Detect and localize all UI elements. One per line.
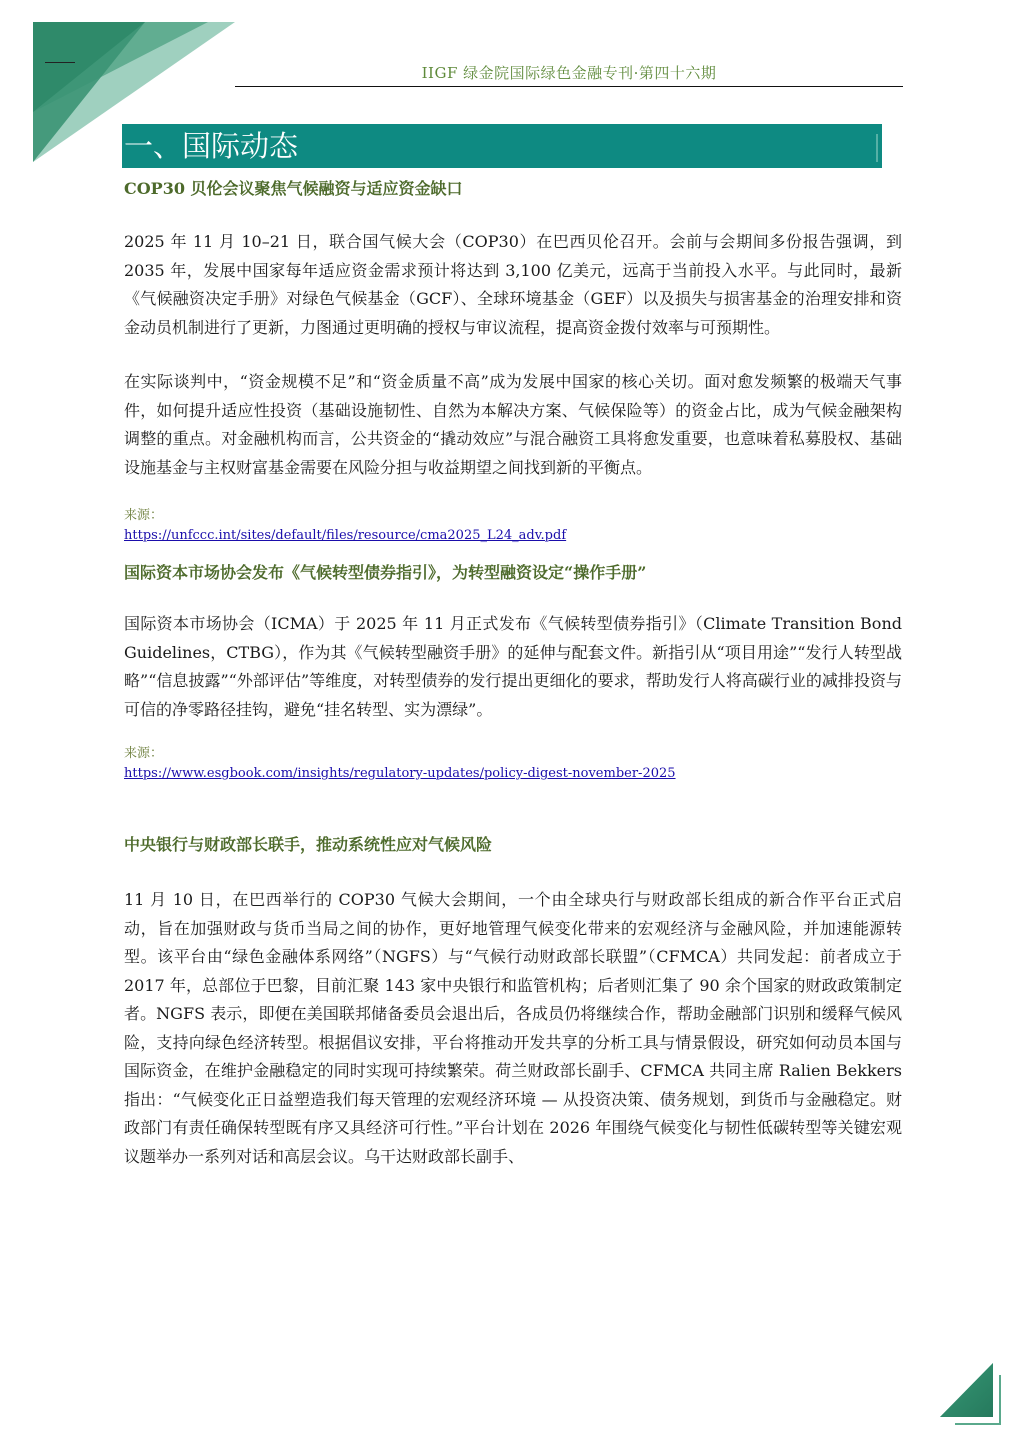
section-title: 一、国际动态 [124,129,298,163]
source-label: 来源： [124,744,902,764]
article-content: COP30 贝伦会议聚焦气候融资与适应资金缺口 2025 年 11 月 10–2… [124,176,902,1171]
source-label: 来源： [124,506,902,526]
page-corner-triangle-icon [935,1355,1005,1430]
article-cop30: COP30 贝伦会议聚焦气候融资与适应资金缺口 2025 年 11 月 10–2… [124,176,902,546]
article-heading: 国际资本市场协会发布《气候转型债券指引》，为转型融资设定“操作手册” [124,560,902,586]
article-heading: 中央银行与财政部长联手，推动系统性应对气候风险 [124,832,902,858]
section-title-band: 一、国际动态 [122,124,882,168]
header-rule [235,86,903,87]
article-ngfs-cfmca: 中央银行与财政部长联手，推动系统性应对气候风险 11 月 10 日，在巴西举行的… [124,832,902,1171]
band-edge-decoration [876,134,878,162]
journal-header-title: IIGF 绿金院国际绿色金融专刊·第四十六期 [235,62,903,83]
article-heading: COP30 贝伦会议聚焦气候融资与适应资金缺口 [124,176,902,202]
article-paragraph: 11 月 10 日，在巴西举行的 COP30 气候大会期间，一个由全球央行与财政… [124,886,902,1171]
article-paragraph: 国际资本市场协会（ICMA）于 2025 年 11 月正式发布《气候转型债券指引… [124,610,902,724]
header-dash [45,62,75,63]
article-icma: 国际资本市场协会发布《气候转型债券指引》，为转型融资设定“操作手册” 国际资本市… [124,560,902,784]
source-link[interactable]: https://www.esgbook.com/insights/regulat… [124,764,902,784]
source-link[interactable]: https://unfccc.int/sites/default/files/r… [124,526,902,546]
article-paragraph: 在实际谈判中，“资金规模不足”和“资金质量不高”成为发展中国家的核心关切。面对愈… [124,368,902,482]
article-paragraph: 2025 年 11 月 10–21 日，联合国气候大会（COP30）在巴西贝伦召… [124,228,902,342]
